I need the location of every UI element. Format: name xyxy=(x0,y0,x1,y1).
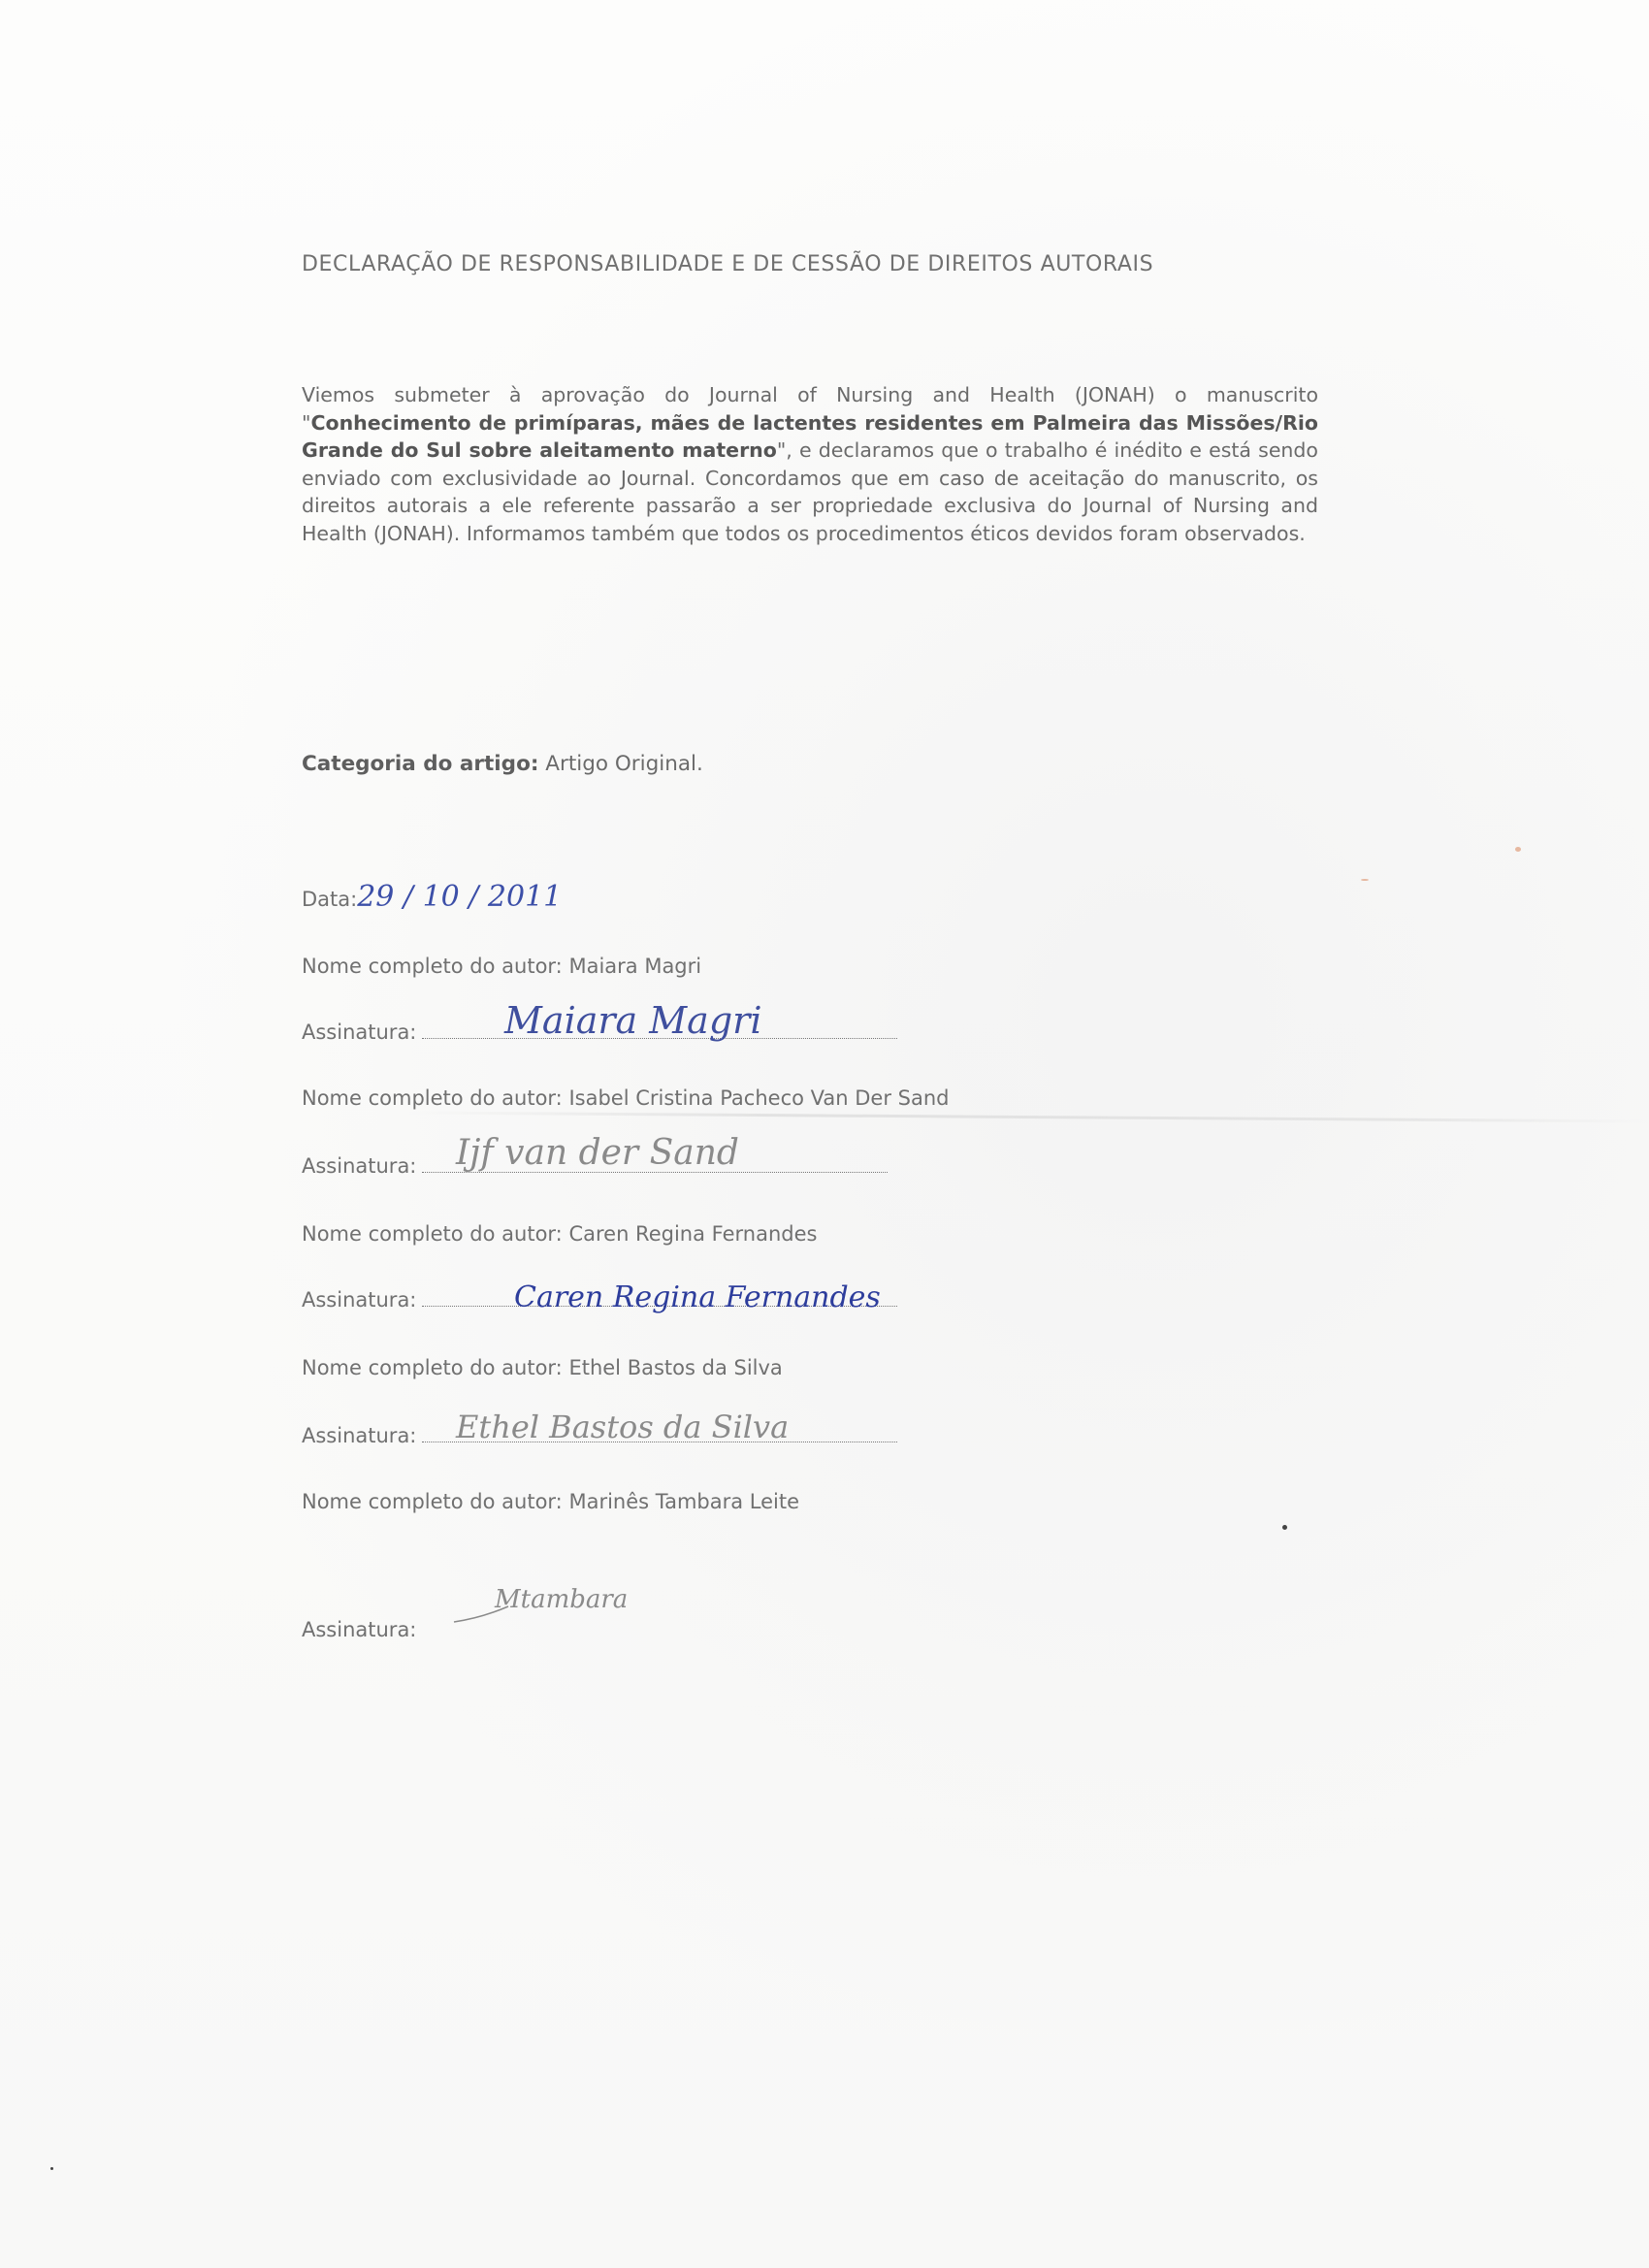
author-name: Ethel Bastos da Silva xyxy=(568,1356,782,1379)
signature-label: Assinatura: xyxy=(302,1021,416,1044)
author-name-row-2: Nome completo do autor: Isabel Cristina … xyxy=(302,1086,949,1110)
author-name: Caren Regina Fernandes xyxy=(568,1222,817,1246)
author-label: Nome completo do autor: xyxy=(302,1222,563,1246)
date-value: 29 / 10 / 2011 xyxy=(357,880,562,914)
scan-speck xyxy=(1282,1525,1287,1530)
paper-background xyxy=(0,0,1649,2268)
date-field: Data:29 / 10 / 2011 xyxy=(302,880,562,914)
scan-speck xyxy=(1361,879,1369,881)
author-name-row-5: Nome completo do autor: Marinês Tambara … xyxy=(302,1490,799,1513)
category-label: Categoria do artigo: xyxy=(302,752,538,776)
signature-label: Assinatura: xyxy=(302,1288,416,1312)
author-name: Marinês Tambara Leite xyxy=(568,1490,799,1513)
scan-speck xyxy=(1515,847,1521,852)
signature-label: Assinatura: xyxy=(302,1154,416,1178)
signature-handwriting-1: Maiara Magri xyxy=(504,999,761,1042)
author-name-row-4: Nome completo do autor: Ethel Bastos da … xyxy=(302,1356,783,1379)
article-category: Categoria do artigo: Artigo Original. xyxy=(302,752,703,776)
author-label: Nome completo do autor: xyxy=(302,1086,563,1110)
signature-handwriting-2: Ijf van der Sand xyxy=(456,1133,739,1173)
author-name: Isabel Cristina Pacheco Van Der Sand xyxy=(568,1086,949,1110)
signature-handwriting-5: Mtambara xyxy=(495,1585,628,1614)
document-title: DECLARAÇÃO DE RESPONSABILIDADE E DE CESS… xyxy=(302,252,1153,276)
author-label: Nome completo do autor: xyxy=(302,1356,563,1379)
author-label: Nome completo do autor: xyxy=(302,955,563,978)
signature-row-5: Assinatura: xyxy=(302,1618,416,1641)
signature-label: Assinatura: xyxy=(302,1618,416,1641)
date-label: Data: xyxy=(302,888,357,911)
declaration-paragraph: Viemos submeter à aprovação do Journal o… xyxy=(302,381,1318,547)
scan-speck xyxy=(50,2167,53,2170)
author-name-row-1: Nome completo do autor: Maiara Magri xyxy=(302,955,701,978)
category-value: Artigo Original. xyxy=(545,752,703,776)
author-label: Nome completo do autor: xyxy=(302,1490,563,1513)
author-name-row-3: Nome completo do autor: Caren Regina Fer… xyxy=(302,1222,817,1246)
signature-label: Assinatura: xyxy=(302,1424,416,1447)
signature-handwriting-3: Caren Regina Fernandes xyxy=(514,1280,881,1314)
author-name: Maiara Magri xyxy=(568,955,701,978)
signature-handwriting-4: Ethel Bastos da Silva xyxy=(456,1409,789,1445)
